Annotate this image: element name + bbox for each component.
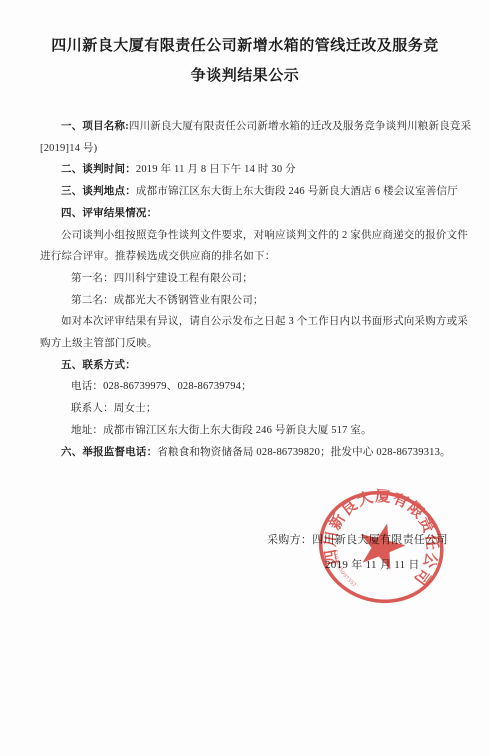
- document-body: 一、项目名称:四川新良大厦有限责任公司新增水箱的迁改及服务竞争谈判川粮新良竞采 …: [40, 116, 454, 463]
- company-seal: 四川新良大厦有限责任公司 5101045097352: [304, 476, 458, 620]
- section-label: 四、评审结果情况：: [61, 208, 157, 219]
- line-contact-address: 地址：成都市锦江区东大街上东大街段 246 号新良大厦 517 室。: [40, 420, 454, 442]
- line-text: 第一名：四川科宁建设工程有限公司；: [71, 273, 253, 284]
- line-text: 如对本次评审结果有异议，请自公示发布之日起 3 个工作日内以书面形式向采购方或采: [61, 316, 468, 327]
- line-report-hotline: 六、举报监督电话：省粮食和物资储备局 028-86739820；批发中心 028…: [40, 442, 454, 464]
- section-label: 六、举报监督电话：: [61, 447, 157, 458]
- line-text: 第二名：成都光大不锈钢管业有限公司；: [71, 295, 264, 306]
- section-label: 五、联系方式：: [61, 360, 136, 371]
- section-label: 三、谈判地点：: [61, 186, 136, 197]
- line-text: 省粮食和物资储备局 028-86739820；批发中心 028-86739313…: [157, 447, 450, 458]
- line-contact-heading: 五、联系方式：: [40, 355, 454, 377]
- document-title-line-1: 四川新良大厦有限责任公司新增水箱的管线迁改及服务竞: [20, 31, 470, 61]
- document-title: 四川新良大厦有限责任公司新增水箱的管线迁改及服务竞 争谈判结果公示: [20, 31, 470, 91]
- line-text: 电话：028-86739979、028-86739794；: [71, 381, 252, 392]
- line-second-place: 第二名：成都光大不锈钢管业有限公司；: [40, 290, 454, 312]
- star-icon: [354, 518, 410, 572]
- document-title-line-2: 争谈判结果公示: [20, 61, 470, 91]
- line-review-heading: 四、评审结果情况：: [40, 203, 454, 225]
- section-label: 二、谈判时间：: [61, 164, 136, 175]
- line-text: [2019]14 号): [40, 143, 97, 154]
- section-label: 一、项目名称:: [61, 121, 129, 132]
- line-review-para-2: 进行综合评审。推荐候选成交供应商的排名如下：: [40, 246, 454, 268]
- line-contact-person: 联系人：周女士；: [40, 398, 454, 420]
- line-negotiation-time: 二、谈判时间：2019 年 11 月 8 日下午 14 时 30 分: [40, 159, 454, 181]
- line-text: 进行综合评审。推荐候选成交供应商的排名如下：: [40, 251, 275, 262]
- line-text: 地址：成都市锦江区东大街上东大街段 246 号新良大厦 517 室。: [71, 425, 372, 436]
- line-first-place: 第一名：四川科宁建设工程有限公司；: [40, 268, 454, 290]
- line-text: 成都市锦江区东大街上东大街段 246 号新良大酒店 6 楼会议室善信厅: [136, 186, 458, 197]
- line-project-name: 一、项目名称:四川新良大厦有限责任公司新增水箱的迁改及服务竞争谈判川粮新良竞采: [40, 116, 454, 138]
- line-project-name-cont: [2019]14 号): [40, 138, 454, 160]
- line-review-para-1: 公司谈判小组按照竞争性谈判文件要求，对响应谈判文件的 2 家供应商递交的报价文件: [40, 225, 454, 247]
- line-text: 联系人：周女士；: [71, 403, 157, 414]
- line-contact-phone: 电话：028-86739979、028-86739794；: [40, 376, 454, 398]
- line-objection-para-2: 购方上级主管部门反映。: [40, 333, 454, 355]
- line-objection-para-1: 如对本次评审结果有异议，请自公示发布之日起 3 个工作日内以书面形式向采购方或采: [40, 311, 454, 333]
- line-text: 四川新良大厦有限责任公司新增水箱的迁改及服务竞争谈判川粮新良竞采: [129, 121, 471, 132]
- line-text: 公司谈判小组按照竞争性谈判文件要求，对响应谈判文件的 2 家供应商递交的报价文件: [61, 230, 468, 241]
- announcement-page: 四川新良大厦有限责任公司新增水箱的管线迁改及服务竞 争谈判结果公示 一、项目名称…: [0, 0, 490, 756]
- line-negotiation-place: 三、谈判地点：成都市锦江区东大街上东大街段 246 号新良大酒店 6 楼会议室善…: [40, 181, 454, 203]
- line-text: 购方上级主管部门反映。: [40, 338, 158, 349]
- line-text: 2019 年 11 月 8 日下午 14 时 30 分: [136, 164, 296, 175]
